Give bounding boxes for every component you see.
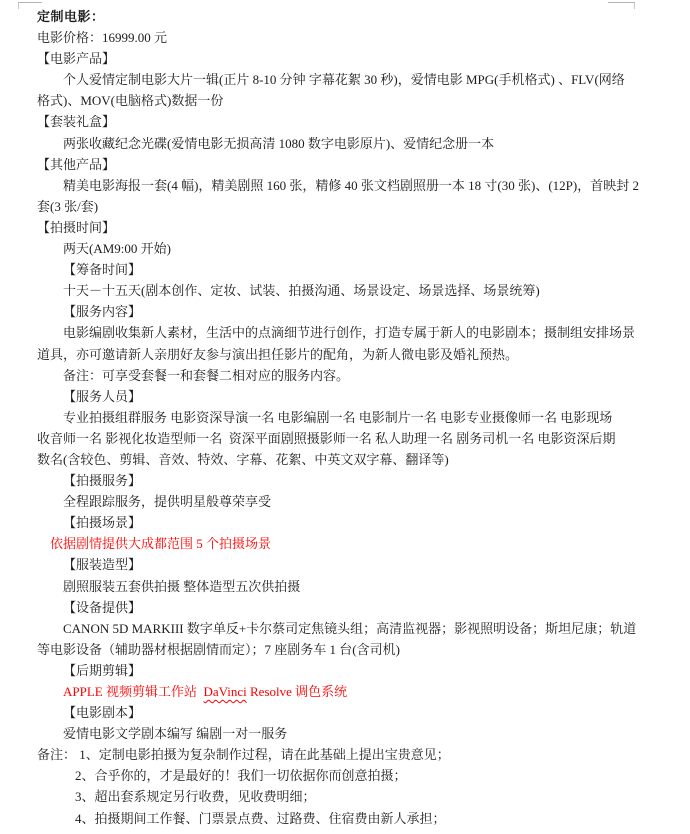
text-line: 套(3 张/套) xyxy=(37,196,652,217)
text-line: APPLE 视频剪辑工作站 DaVinci Resolve 调色系统 xyxy=(37,681,652,702)
text-line: 【服务内容】 xyxy=(37,301,652,322)
text-line: 格式)、MOV(电脑格式)数据一份 xyxy=(37,90,652,111)
text-line: 【拍摄服务】 xyxy=(37,470,652,491)
spellcheck-wavy-underline-text: DaVinci xyxy=(203,684,246,699)
text-line: 【电影剧本】 xyxy=(37,702,652,723)
text-line: 【筹备时间】 xyxy=(37,259,652,280)
text-line: 【设备提供】 xyxy=(37,597,652,618)
text-line: 全程跟踪服务，提供明星般尊荣享受 xyxy=(37,491,652,512)
text-line: 道具，亦可邀请新人亲朋好友参与演出担任影片的配角，为新人微电影及婚礼预热。 xyxy=(37,344,652,365)
text-line: 备注：可享受套餐一和套餐二相对应的服务内容。 xyxy=(37,365,652,386)
text-line: 4、拍摄期间工作餐、门票景点费、过路费、住宿费由新人承担； xyxy=(37,808,652,829)
text-segment: APPLE 视频剪辑工作站 xyxy=(63,684,203,699)
document-body: 定制电影：电影价格：16999.00 元【电影产品】个人爱情定制电影大片一辑(正… xyxy=(37,6,652,829)
text-line: 定制电影： xyxy=(37,6,652,27)
text-line: 【电影产品】 xyxy=(37,48,652,69)
text-line: 【后期剪辑】 xyxy=(37,660,652,681)
text-line: 3、超出套系规定另行收费，见收费明细； xyxy=(37,786,652,807)
text-line: 【服务人员】 xyxy=(37,386,652,407)
text-line: 爱情电影文学剧本编写 编剧一对一服务 xyxy=(37,723,652,744)
text-line: 收音师一名 影视化妆造型师一名 资深平面剧照摄影师一名 私人助理一名 剧务司机一… xyxy=(37,428,652,449)
text-line: 2、合乎你的，才是最好的！我们一切依据你而创意拍摄； xyxy=(37,765,652,786)
text-line: 两天(AM9:00 开始) xyxy=(37,238,652,259)
text-line: 等电影设备（辅助器材根据剧情而定）；7 座剧务车 1 台(含司机) xyxy=(37,639,652,660)
text-line: 专业拍摄组群服务 电影资深导演一名 电影编剧一名 电影制片一名 电影专业摄像师一… xyxy=(37,407,652,428)
text-line: 【套装礼盒】 xyxy=(37,111,652,132)
text-line: 【拍摄时间】 xyxy=(37,217,652,238)
text-line: 十天－十五天(剧本创作、定妆、试装、拍摄沟通、场景设定、场景选择、场景统筹) xyxy=(37,280,652,301)
text-line: 个人爱情定制电影大片一辑(正片 8-10 分钟 字幕花絮 30 秒)，爱情电影 … xyxy=(37,69,652,90)
text-line: 电影价格：16999.00 元 xyxy=(37,27,652,48)
text-line: 【拍摄场景】 xyxy=(37,512,652,533)
text-line: CANON 5D MARKIII 数字单反+卡尔蔡司定焦镜头组；高清监视器；影视… xyxy=(37,618,652,639)
text-line: 依据剧情提供大成都范围 5 个拍摄场景 xyxy=(37,533,652,554)
text-line: 两张收藏纪念光碟(爱情电影无损高清 1080 数字电影原片)、爱情纪念册一本 xyxy=(37,133,652,154)
text-line: 【服装造型】 xyxy=(37,554,652,575)
document-page: 定制电影：电影价格：16999.00 元【电影产品】个人爱情定制电影大片一辑(正… xyxy=(0,0,690,834)
text-line: 备注： 1、定制电影拍摄为复杂制作过程，请在此基础上提出宝贵意见； xyxy=(37,744,652,765)
text-line: 剧照服装五套供拍摄 整体造型五次供拍摄 xyxy=(37,576,652,597)
text-line: 电影编剧收集新人素材，生活中的点滴细节进行创作，打造专属于新人的电影剧本；摄制组… xyxy=(37,322,652,343)
text-line: 精美电影海报一套(4 幅)，精美剧照 160 张，精修 40 张文档剧照册一本 … xyxy=(37,175,652,196)
text-segment: Resolve 调色系统 xyxy=(247,684,347,699)
text-line: 数名(含较色、剪辑、音效、特效、字幕、花絮、中英文双字幕、翻译等) xyxy=(37,449,652,470)
text-line: 【其他产品】 xyxy=(37,154,652,175)
